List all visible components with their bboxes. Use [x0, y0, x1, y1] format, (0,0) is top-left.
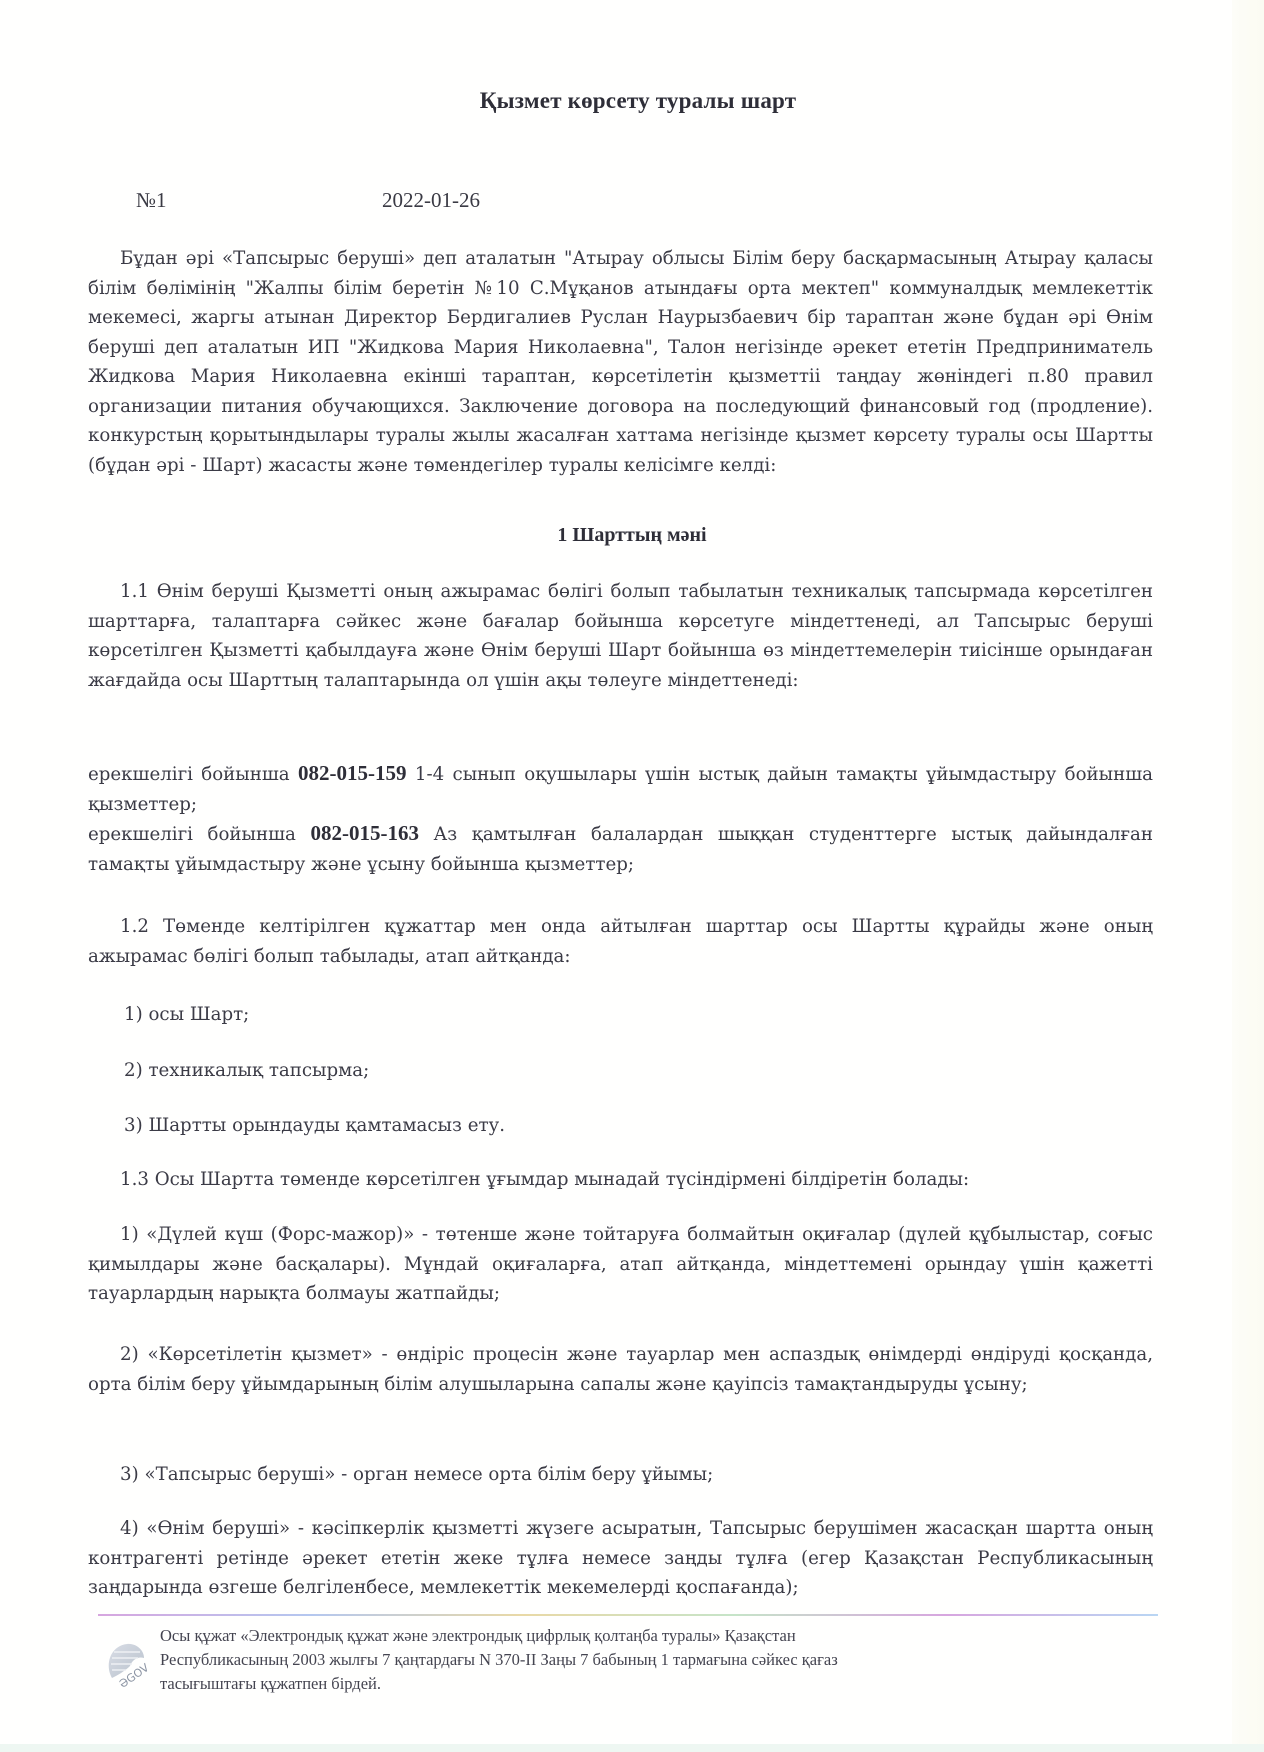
list-item: 2) техникалық тапсырма;	[124, 1060, 369, 1081]
service-code: 082-015-159	[298, 761, 407, 785]
clause-1-2-text: 1.2 Төменде келтірілген құжаттар мен онд…	[88, 912, 1153, 971]
service-item: ерекшелігі бойынша 082-015-163 Аз қамтыл…	[88, 819, 1153, 879]
service-prefix: ерекшелігі бойынша	[88, 764, 290, 785]
definition-1: 1) «Дүлей күш (Форс-мажор)» - төтенше жә…	[88, 1220, 1153, 1309]
list-item: 1) осы Шарт;	[124, 1004, 249, 1025]
definition-2: 2) «Көрсетілетін қызмет» - өндіріс проце…	[88, 1340, 1153, 1399]
scan-edge-right	[1232, 0, 1264, 1752]
footer-line: Республикасының 2003 жылғы 7 қаңтардағы …	[160, 1648, 1100, 1672]
definition-text: 3) «Тапсырыс беруші» - орган немесе орта…	[88, 1460, 1153, 1490]
egov-seal-icon: ƏGOV	[104, 1640, 148, 1688]
service-prefix: ерекшелігі бойынша	[88, 824, 296, 845]
clause-1-1: 1.1 Өнім беруші Қызметті оның ажырамас б…	[88, 577, 1153, 695]
footer-legal-notice: Осы құжат «Электрондық құжат және электр…	[160, 1624, 1100, 1696]
document-title: Қызмет көрсету туралы шарт	[0, 88, 1264, 114]
service-code: 082-015-163	[310, 821, 419, 845]
clause-1-3: 1.3 Осы Шартта төменде көрсетілген ұғымд…	[88, 1165, 1153, 1195]
footer-line: Осы құжат «Электрондық құжат және электр…	[160, 1624, 1100, 1648]
service-list: ерекшелігі бойынша 082-015-159 1-4 сынып…	[88, 759, 1153, 879]
list-item: 3) Шартты орындауды қамтамасыз ету.	[124, 1115, 505, 1136]
clause-1-1-text: 1.1 Өнім беруші Қызметті оның ажырамас б…	[88, 577, 1153, 695]
scan-edge-bottom	[0, 1744, 1264, 1752]
footer-line: тасығыштағы құжатпен бірдей.	[160, 1672, 1100, 1696]
definition-4: 4) «Өнім беруші» - кәсіпкерлік қызметті …	[88, 1514, 1153, 1603]
footer-divider	[98, 1614, 1158, 1616]
clause-1-2: 1.2 Төменде келтірілген құжаттар мен онд…	[88, 912, 1153, 971]
contract-date: 2022-01-26	[382, 188, 480, 213]
contract-number: №1	[136, 188, 167, 213]
clause-1-3-text: 1.3 Осы Шартта төменде көрсетілген ұғымд…	[88, 1165, 1153, 1195]
document-page: Қызмет көрсету туралы шарт №1 2022-01-26…	[0, 0, 1264, 1752]
definition-text: 4) «Өнім беруші» - кәсіпкерлік қызметті …	[88, 1514, 1153, 1603]
service-item: ерекшелігі бойынша 082-015-159 1-4 сынып…	[88, 759, 1153, 819]
preamble: Бұдан әрі «Тапсырыс беруші» деп аталатын…	[88, 244, 1153, 480]
preamble-text: Бұдан әрі «Тапсырыс беруші» деп аталатын…	[88, 244, 1153, 480]
definition-text: 1) «Дүлей күш (Форс-мажор)» - төтенше жә…	[88, 1220, 1153, 1309]
definition-3: 3) «Тапсырыс беруші» - орган немесе орта…	[88, 1460, 1153, 1490]
definition-text: 2) «Көрсетілетін қызмет» - өндіріс проце…	[88, 1340, 1153, 1399]
section-heading: 1 Шарттың мәні	[0, 524, 1264, 547]
